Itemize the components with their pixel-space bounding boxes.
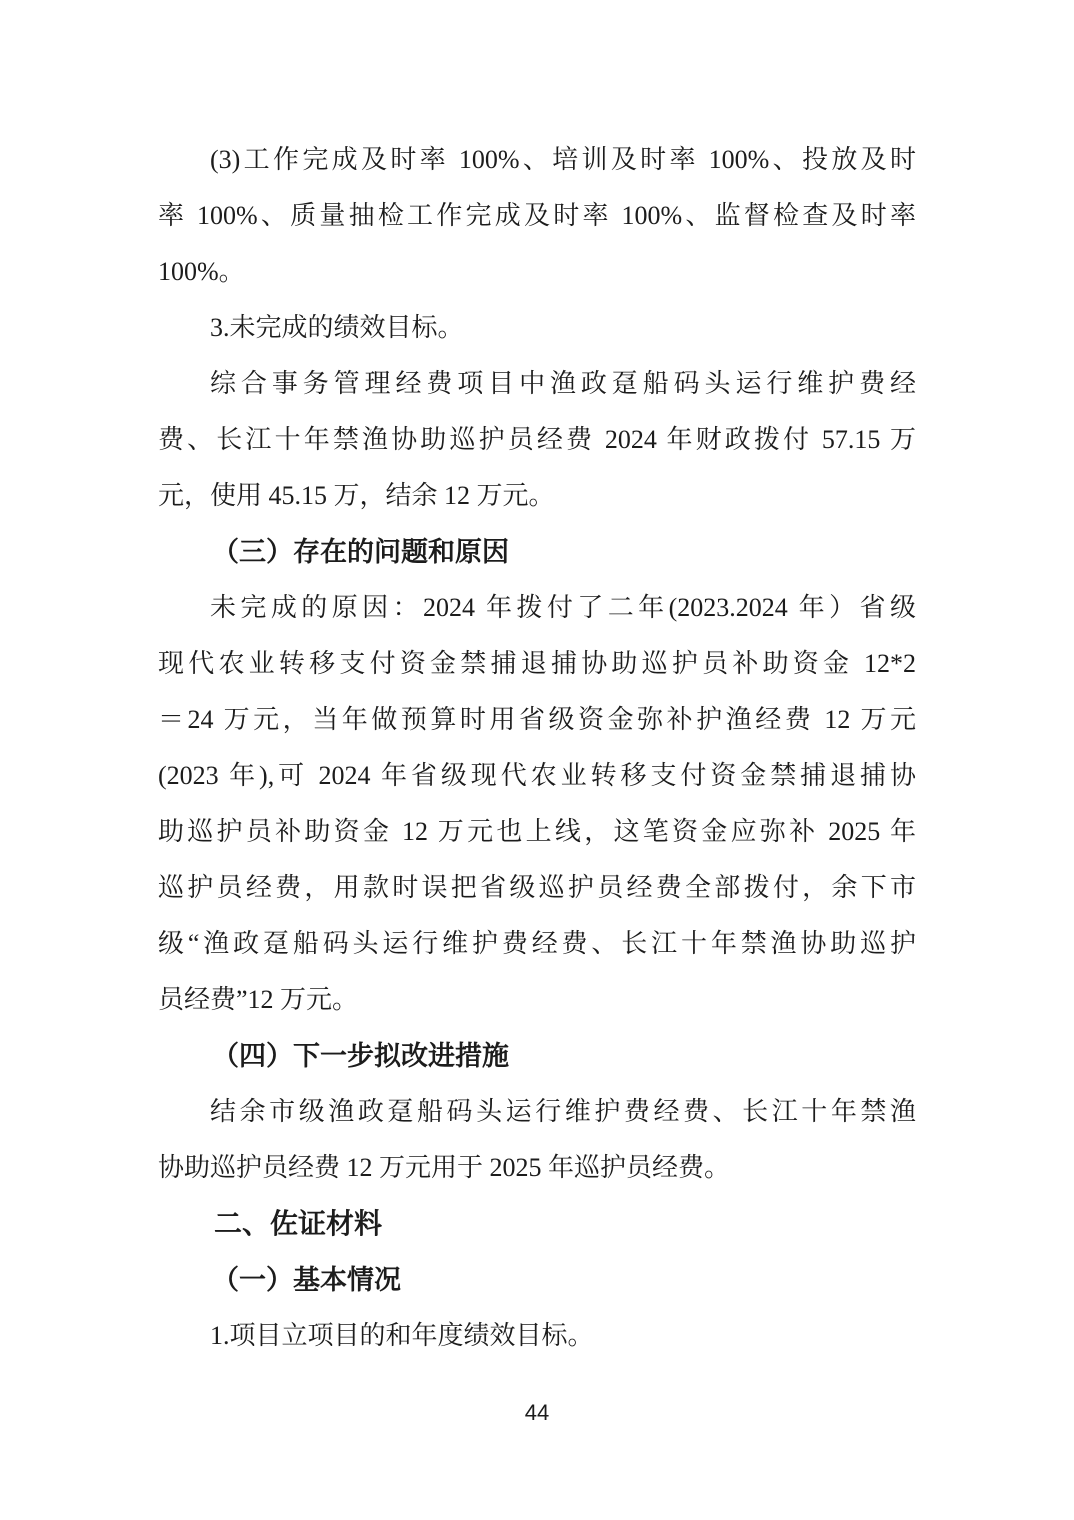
heading-problems-and-causes-line-1: （三）存在的问题和原因 bbox=[158, 524, 916, 580]
para-unfinished-targets-title: 3.未完成的绩效目标。 bbox=[158, 300, 916, 356]
para-unfinished-targets-title-line-1: 3.未完成的绩效目标。 bbox=[158, 300, 916, 356]
heading-supporting-materials: 二、佐证材料 bbox=[158, 1196, 916, 1252]
para-causes-line-1: 未完成的原因：2024 年拨付了二年(2023.2024 年）省级 bbox=[158, 580, 916, 636]
para-causes-line-5: 助巡护员补助资金 12 万元也上线，这笔资金应弥补 2025 年 bbox=[158, 804, 916, 860]
heading-problems-and-causes: （三）存在的问题和原因 bbox=[158, 524, 916, 580]
heading-next-step-measures-line-1: （四）下一步拟改进措施 bbox=[158, 1028, 916, 1084]
para-causes-line-2: 现代农业转移支付资金禁捕退捕协助巡护员补助资金 12*2 bbox=[158, 636, 916, 692]
heading-basic-situation-line-1: （一）基本情况 bbox=[158, 1252, 916, 1308]
para-causes-line-3: ＝24 万元，当年做预算时用省级资金弥补护渔经费 12 万元 bbox=[158, 692, 916, 748]
para-unfinished-targets-detail-line-2: 费、长江十年禁渔协助巡护员经费 2024 年财政拨付 57.15 万 bbox=[158, 412, 916, 468]
para-causes: 未完成的原因：2024 年拨付了二年(2023.2024 年）省级现代农业转移支… bbox=[158, 580, 916, 1028]
document-body: (3)工作完成及时率 100%、培训及时率 100%、投放及时率 100%、质量… bbox=[158, 132, 916, 1364]
document-page: (3)工作完成及时率 100%、培训及时率 100%、投放及时率 100%、质量… bbox=[0, 0, 1074, 1520]
para-causes-line-8: 员经费”12 万元。 bbox=[158, 972, 916, 1028]
para-causes-line-7: 级“渔政趸船码头运行维护费经费、长江十年禁渔协助巡护 bbox=[158, 916, 916, 972]
para-causes-line-6: 巡护员经费，用款时误把省级巡护员经费全部拨付，余下市 bbox=[158, 860, 916, 916]
para-unfinished-targets-detail-line-1: 综合事务管理经费项目中渔政趸船码头运行维护费经 bbox=[158, 356, 916, 412]
para-unfinished-targets-detail-line-3: 元，使用 45.15 万，结余 12 万元。 bbox=[158, 468, 916, 524]
para-unfinished-targets-detail: 综合事务管理经费项目中渔政趸船码头运行维护费经费、长江十年禁渔协助巡护员经费 2… bbox=[158, 356, 916, 524]
page-footer: 44 bbox=[0, 1400, 1074, 1426]
para-next-step-measures-line-1: 结余市级渔政趸船码头运行维护费经费、长江十年禁渔 bbox=[158, 1084, 916, 1140]
heading-next-step-measures: （四）下一步拟改进措施 bbox=[158, 1028, 916, 1084]
para-project-purpose-line-1: 1.项目立项目的和年度绩效目标。 bbox=[158, 1308, 916, 1364]
para-next-step-measures: 结余市级渔政趸船码头运行维护费经费、长江十年禁渔协助巡护员经费 12 万元用于 … bbox=[158, 1084, 916, 1196]
para-completion-rates-line-2: 率 100%、质量抽检工作完成及时率 100%、监督检查及时率 bbox=[158, 188, 916, 244]
para-project-purpose: 1.项目立项目的和年度绩效目标。 bbox=[158, 1308, 916, 1364]
heading-supporting-materials-line-1: 二、佐证材料 bbox=[158, 1196, 916, 1252]
para-next-step-measures-line-2: 协助巡护员经费 12 万元用于 2025 年巡护员经费。 bbox=[158, 1140, 916, 1196]
page-number: 44 bbox=[525, 1400, 549, 1425]
para-completion-rates-line-3: 100%。 bbox=[158, 244, 916, 300]
para-causes-line-4: (2023 年),可 2024 年省级现代农业转移支付资金禁捕退捕协 bbox=[158, 748, 916, 804]
para-completion-rates-line-1: (3)工作完成及时率 100%、培训及时率 100%、投放及时 bbox=[158, 132, 916, 188]
para-completion-rates: (3)工作完成及时率 100%、培训及时率 100%、投放及时率 100%、质量… bbox=[158, 132, 916, 300]
heading-basic-situation: （一）基本情况 bbox=[158, 1252, 916, 1308]
